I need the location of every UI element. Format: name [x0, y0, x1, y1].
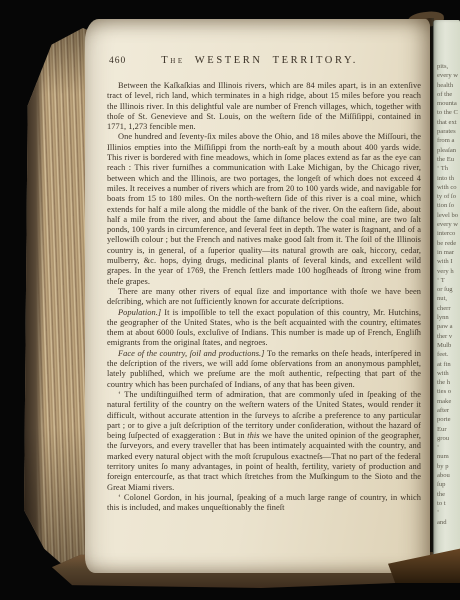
edge-text-fragment: every w — [437, 71, 460, 80]
edge-text-fragment: very h — [437, 267, 460, 276]
edge-text-fragment: the — [437, 490, 460, 499]
running-title: The WESTERN TERRITORY. — [126, 55, 393, 66]
paragraph: Face of the country, ſoil and production… — [107, 349, 421, 390]
page-header: 460 The WESTERN TERRITORY. — [109, 55, 421, 66]
edge-text-fragment: with — [437, 369, 460, 378]
edge-text-fragment: ‘ Th — [437, 164, 460, 173]
edge-text-fragment: with I — [437, 257, 460, 266]
edge-text-fragment: and — [437, 518, 460, 527]
edge-text-fragment: be rede — [437, 239, 460, 248]
edge-text-fragment: Eur — [437, 425, 460, 434]
edge-text-fragment: after — [437, 406, 460, 415]
edge-text-fragment: ſup — [437, 480, 460, 489]
book-photo: pits,every whealthof themountato the Cth… — [0, 0, 460, 600]
edge-text-fragment: with co — [437, 183, 460, 192]
edge-text-fragment: paw a — [437, 322, 460, 331]
paragraph: ‘ The undiſtinguiſhed term of admiration… — [107, 390, 421, 493]
edge-text-fragment: porte — [437, 415, 460, 424]
edge-text-fragment: feet. — [437, 350, 460, 359]
edge-text-fragment: of the — [437, 90, 460, 99]
edge-text-fragment: the h — [437, 378, 460, 387]
edge-text-fragment: to the C — [437, 108, 460, 117]
page-number: 460 — [109, 56, 126, 66]
edge-text-fragment: at fin — [437, 360, 460, 369]
edge-text-fragment: interco — [437, 229, 460, 238]
right-page-sliver: pits,every whealthof themountato the Cth… — [433, 20, 460, 572]
edge-text-fragment: that ext — [437, 118, 460, 127]
edge-text-fragment: make — [437, 397, 460, 406]
edge-text-fragment: num — [437, 452, 460, 461]
edge-text-fragment: every w — [437, 220, 460, 229]
edge-text-fragment: from a — [437, 136, 460, 145]
edge-text-fragment: cherr — [437, 304, 460, 313]
edge-text-fragment: pleaſan — [437, 146, 460, 155]
paragraph: Between the Kaſkaſkias and Illinois rive… — [107, 81, 421, 132]
edge-text-fragment: ther v — [437, 332, 460, 341]
edge-text-fragment: mounta — [437, 99, 460, 108]
paragraph: Population.] It is impoſſible to tell th… — [107, 308, 421, 349]
edge-text-fragment: lynn — [437, 313, 460, 322]
edge-text-fragment: ties o — [437, 387, 460, 396]
edge-text-fragment: or ſug — [437, 285, 460, 294]
edge-text-fragment: parates — [437, 127, 460, 136]
edge-text-fragment: ‘ — [437, 443, 460, 452]
paragraph: There are many other rivers of equal ſiz… — [107, 287, 421, 308]
book-page: 460 The WESTERN TERRITORY. Between the K… — [85, 19, 430, 573]
edge-text-fragment: health — [437, 81, 460, 90]
edge-text-fragment: pits, — [437, 62, 460, 71]
edge-text-fragment: nut, — [437, 294, 460, 303]
paragraph: One hundred and ſeventy-ſix miles above … — [107, 132, 421, 286]
edge-text-fragment: by p — [437, 462, 460, 471]
edge-text-fragment: into th — [437, 174, 460, 183]
edge-text-fragment: level bo — [437, 211, 460, 220]
edge-text-fragment: abou — [437, 471, 460, 480]
edge-text-fragment: in mar — [437, 248, 460, 257]
edge-text-fragment: ‘ — [437, 508, 460, 517]
running-title-rest: WESTERN TERRITORY. — [195, 55, 358, 66]
edge-text-fragment: tion ſo — [437, 201, 460, 210]
body-text: Between the Kaſkaſkias and Illinois rive… — [107, 81, 421, 513]
edge-text-fragment: Mulb — [437, 341, 460, 350]
edge-text-fragment: grou — [437, 434, 460, 443]
edge-text-fragment: the Eu — [437, 155, 460, 164]
edge-text-fragment: ty of ſo — [437, 192, 460, 201]
running-title-the: The — [161, 55, 185, 66]
paragraph: ‘ Colonel Gordon, in his journal, ſpeaki… — [107, 493, 421, 514]
edge-text-fragment: ‘ T — [437, 276, 460, 285]
edge-text-fragment: to t — [437, 499, 460, 508]
